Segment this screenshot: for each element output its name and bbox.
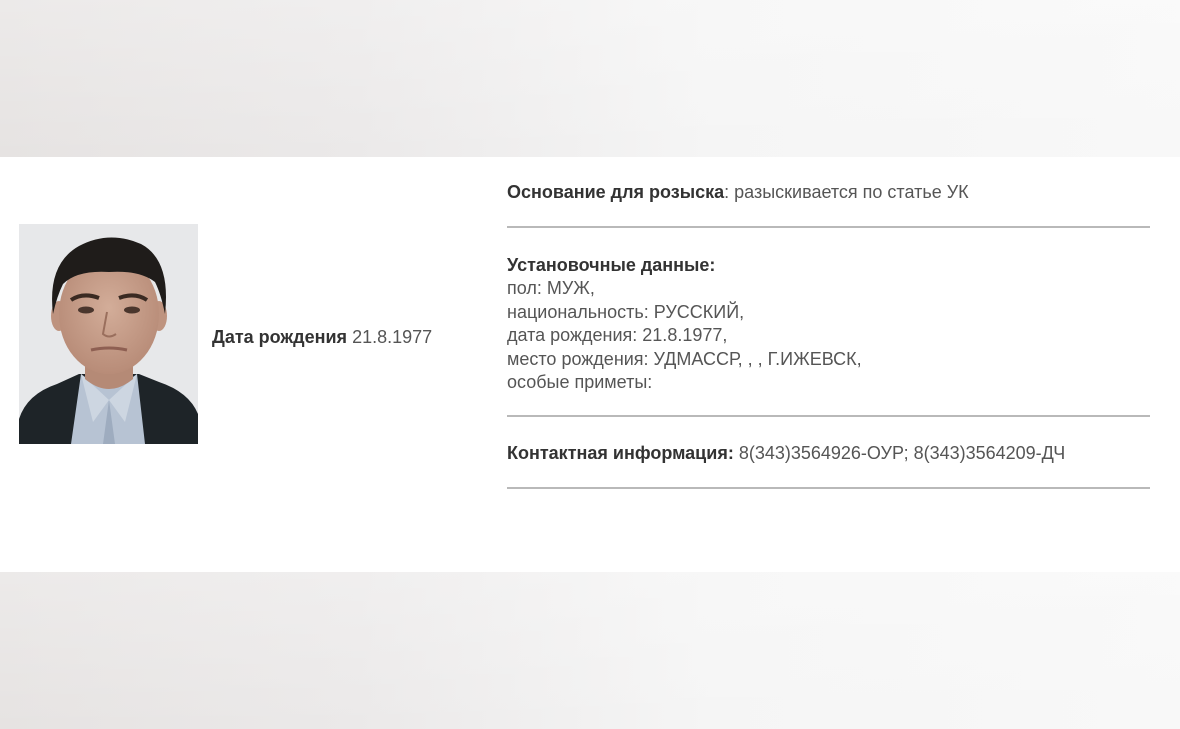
identification-nationality: национальность: РУССКИЙ,	[507, 301, 1150, 325]
identification-birth-place: место рождения: УДМАССР, , , Г.ИЖЕВСК,	[507, 348, 1150, 372]
background-bottom	[0, 572, 1180, 729]
birth-date-summary: Дата рождения 21.8.1977	[212, 327, 432, 348]
identification-special-marks: особые приметы:	[507, 371, 1150, 395]
identification-title: Установочные данные:	[507, 253, 1150, 277]
person-portrait-icon	[19, 224, 198, 444]
identification-section: Установочные данные: пол: МУЖ, националь…	[507, 253, 1150, 395]
wanted-person-card: Дата рождения 21.8.1977 Основание для ро…	[0, 157, 1180, 572]
contact-info-label: Контактная информация:	[507, 443, 734, 463]
identification-sex: пол: МУЖ,	[507, 277, 1150, 301]
background-top	[0, 0, 1180, 157]
search-basis-label: Основание для розыска	[507, 182, 724, 202]
birth-date-value: 21.8.1977	[352, 327, 432, 347]
divider	[507, 415, 1150, 417]
contact-info: Контактная информация: 8(343)3564926-ОУР…	[507, 441, 1150, 465]
details-panel: Основание для розыска: разыскивается по …	[507, 180, 1150, 489]
contact-info-value: 8(343)3564926-ОУР; 8(343)3564209-ДЧ	[734, 443, 1065, 463]
search-basis-value: разыскивается по статье УК	[729, 182, 968, 202]
search-basis: Основание для розыска: разыскивается по …	[507, 180, 1150, 204]
identification-birth-date: дата рождения: 21.8.1977,	[507, 324, 1150, 348]
divider	[507, 487, 1150, 489]
person-photo	[19, 224, 198, 444]
divider	[507, 226, 1150, 228]
birth-date-label: Дата рождения	[212, 327, 347, 347]
